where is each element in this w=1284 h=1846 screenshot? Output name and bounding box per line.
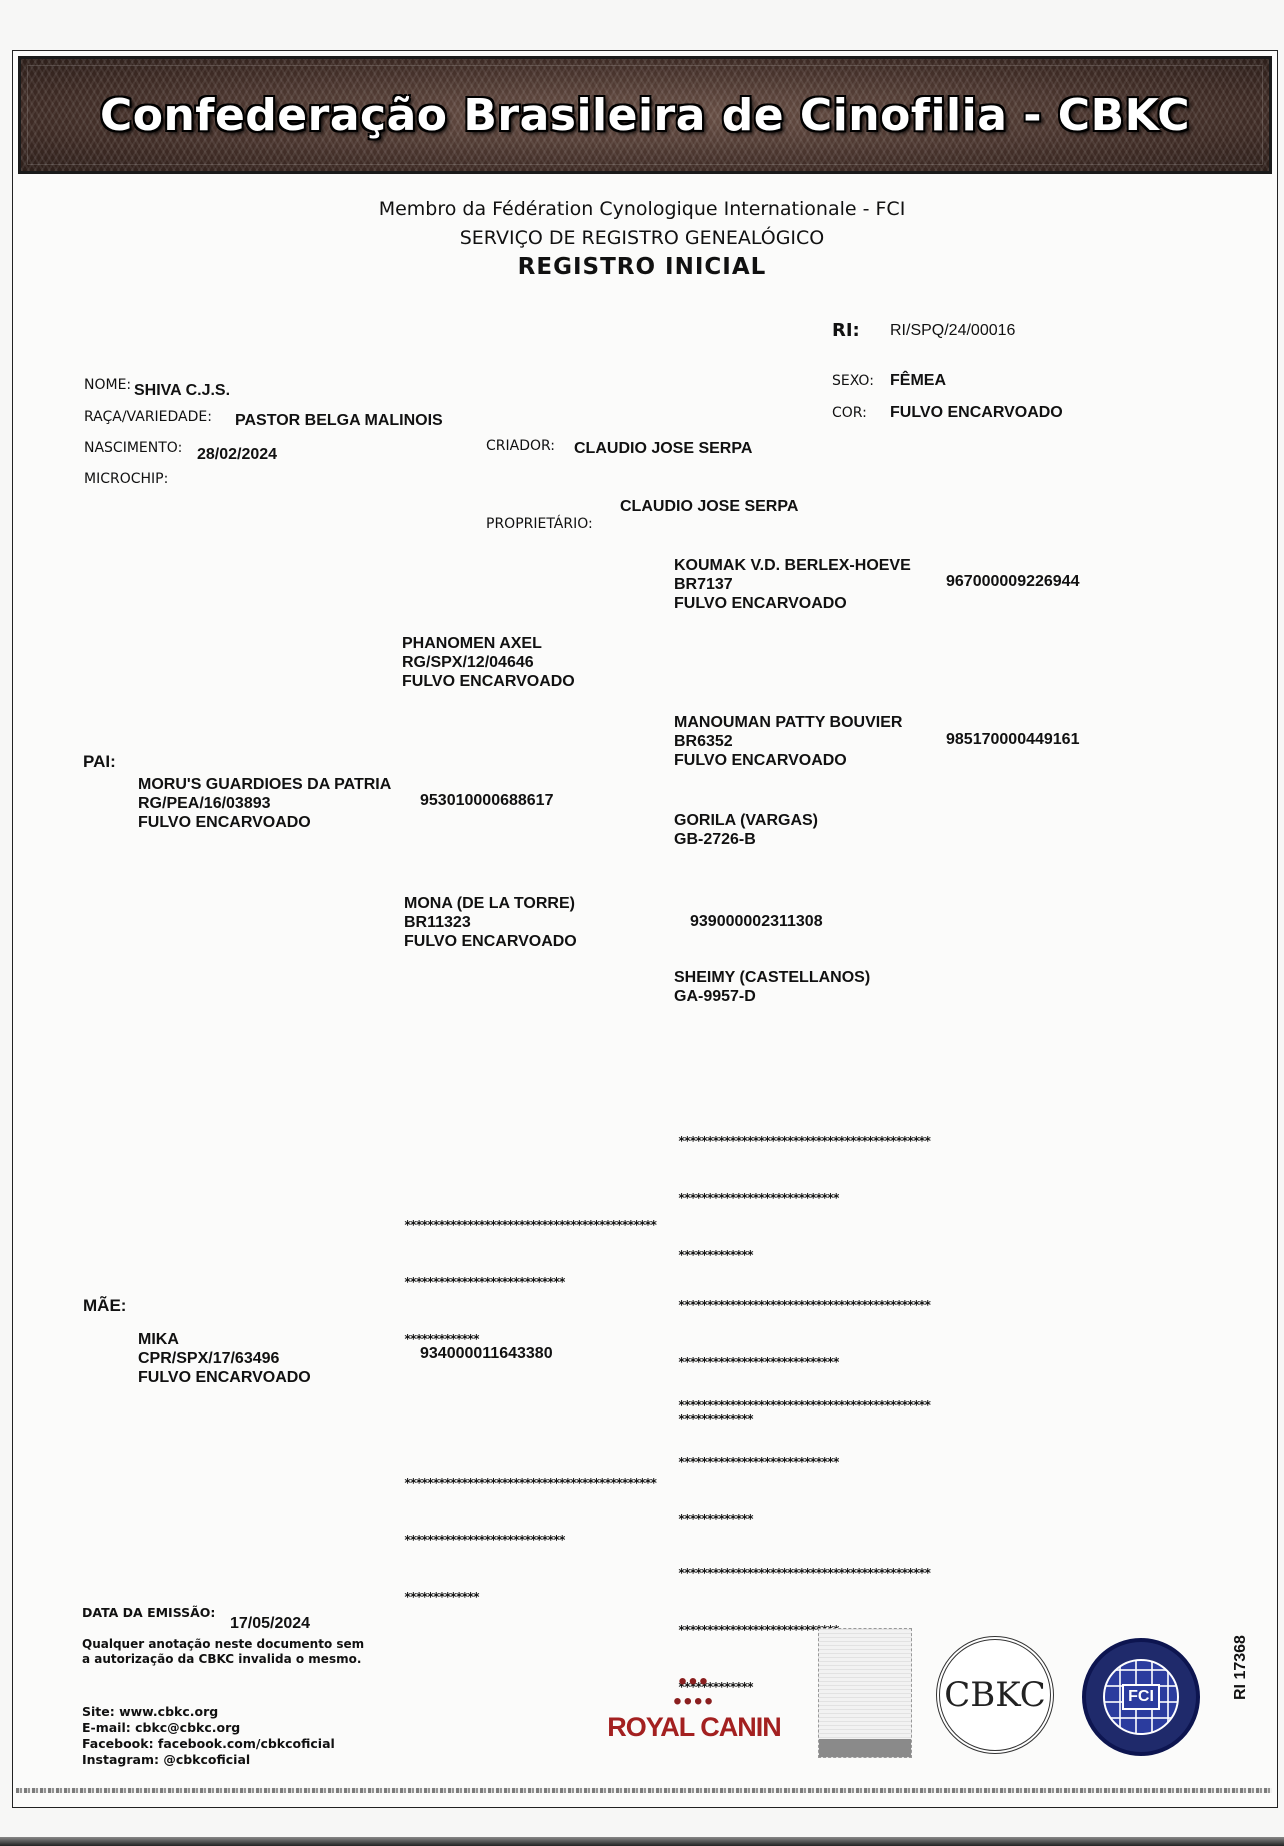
microchip-label: MICROCHIP:	[84, 471, 168, 487]
sire-sire-sire-chip: 967000009226944	[946, 573, 1079, 591]
cbkc-seal-logo: CBKC	[936, 1636, 1054, 1754]
document-title: REGISTRO INICIAL	[0, 254, 1284, 280]
masked-line: ****************************************…	[678, 1396, 930, 1415]
fci-member-line: Membro da Fédération Cynologique Interna…	[0, 198, 1284, 220]
masked-line: ****************************************…	[678, 1564, 930, 1583]
sire-sire-dam-chip: 985170000449161	[946, 731, 1079, 749]
sire-dam-dam: SHEIMY (CASTELLANOS) GA-9957-D	[674, 968, 870, 1006]
ancestor-reg: GB-2726-B	[674, 830, 818, 849]
ancestor-color: FULVO ENCARVOADO	[138, 813, 391, 832]
sire-chip: 953010000688617	[420, 792, 553, 810]
ancestor-name: PHANOMEN AXEL	[402, 634, 575, 653]
sire: MORU'S GUARDIOES DA PATRIA RG/PEA/16/038…	[138, 775, 391, 832]
masked-ancestor: ****************************************…	[404, 1436, 656, 1626]
ancestor-reg: CPR/SPX/17/63496	[138, 1349, 311, 1368]
masked-ancestor: ****************************************…	[678, 1358, 930, 1548]
ancestor-reg: BR7137	[674, 575, 911, 594]
masked-line: ****************************************…	[678, 1296, 930, 1315]
dog-name: SHIVA C.J.S.	[134, 382, 230, 400]
scan-edge	[0, 1837, 1284, 1846]
ancestor-color: FULVO ENCARVOADO	[674, 594, 911, 613]
service-line: SERVIÇO DE REGISTRO GENEALÓGICO	[0, 227, 1284, 249]
security-microtext	[16, 1788, 1272, 1793]
breeder-label: CRIADOR:	[486, 438, 555, 454]
facebook-link[interactable]: Facebook: facebook.com/cbkcoficial	[82, 1736, 335, 1752]
masked-line: ****************************	[678, 1189, 930, 1208]
issue-date-label: DATA DA EMISSÃO:	[82, 1605, 215, 1620]
sire-dam-chip: 939000002311308	[690, 913, 823, 931]
dog-breed: PASTOR BELGA MALINOIS	[235, 412, 443, 430]
ancestor-reg: BR6352	[674, 732, 902, 751]
ancestor-color: FULVO ENCARVOADO	[402, 672, 575, 691]
ancestor-color: FULVO ENCARVOADO	[674, 751, 902, 770]
masked-ancestor: ****************************************…	[404, 1178, 656, 1368]
dog-birth: 28/02/2024	[197, 446, 277, 464]
sire-sire: PHANOMEN AXEL RG/SPX/12/04646 FULVO ENCA…	[402, 634, 575, 691]
sire-dam: MONA (DE LA TORRE) BR11323 FULVO ENCARVO…	[404, 894, 577, 951]
ancestor-name: MIKA	[138, 1330, 311, 1349]
ancestor-name: SHEIMY (CASTELLANOS)	[674, 968, 870, 987]
ri-value: RI/SPQ/24/00016	[890, 322, 1015, 340]
dam-label: MÃE:	[83, 1296, 126, 1316]
dog-sex: FÊMEA	[890, 372, 946, 390]
hologram-seal	[818, 1628, 912, 1758]
sex-label: SEXO:	[832, 373, 874, 389]
breed-label: RAÇA/VARIEDADE:	[84, 409, 212, 425]
fci-seal-logo: FCI	[1082, 1638, 1200, 1756]
color-label: COR:	[832, 405, 867, 421]
masked-ancestor: ****************************************…	[678, 1094, 930, 1284]
ancestor-reg: GA-9957-D	[674, 987, 870, 1006]
organization-title: Confederação Brasileira de Cinofilia - C…	[100, 90, 1190, 141]
ri-serial-number: RI 17368	[1232, 1635, 1250, 1700]
instagram-link[interactable]: Instagram: @cbkcoficial	[82, 1752, 335, 1768]
masked-line: *************	[404, 1588, 656, 1607]
ancestor-color: FULVO ENCARVOADO	[138, 1368, 311, 1387]
masked-line: ****************************	[678, 1453, 930, 1472]
masked-line: ****************************	[404, 1531, 656, 1550]
name-label: NOME:	[84, 377, 131, 393]
masked-line: ****************************************…	[678, 1132, 930, 1151]
header-banner: Confederação Brasileira de Cinofilia - C…	[18, 56, 1272, 174]
crown-icon: •••••••	[604, 1672, 784, 1712]
ancestor-name: GORILA (VARGAS)	[674, 811, 818, 830]
ancestor-color: FULVO ENCARVOADO	[404, 932, 577, 951]
royal-canin-logo: ••••••• ROYAL CANIN	[604, 1672, 784, 1743]
note-line: Qualquer anotação neste documento sem	[82, 1637, 364, 1652]
contact-info: Site: www.cbkc.org E-mail: cbkc@cbkc.org…	[82, 1704, 335, 1768]
globe-icon: FCI	[1103, 1659, 1179, 1735]
ri-label: RI:	[832, 320, 860, 341]
ancestor-name: KOUMAK V.D. BERLEX-HOEVE	[674, 556, 911, 575]
sire-sire-dam: MANOUMAN PATTY BOUVIER BR6352 FULVO ENCA…	[674, 713, 902, 770]
owner-label: PROPRIETÁRIO:	[486, 516, 593, 532]
email-link[interactable]: E-mail: cbkc@cbkc.org	[82, 1720, 335, 1736]
ancestor-name: MONA (DE LA TORRE)	[404, 894, 577, 913]
ancestor-reg: RG/PEA/16/03893	[138, 794, 391, 813]
dam-chip: 934000011643380	[420, 1345, 553, 1363]
ancestor-reg: BR11323	[404, 913, 577, 932]
masked-line: ****************************************…	[404, 1474, 656, 1493]
dam: MIKA CPR/SPX/17/63496 FULVO ENCARVOADO	[138, 1330, 311, 1387]
issue-date: 17/05/2024	[230, 1615, 310, 1633]
royal-canin-text: ROYAL CANIN	[604, 1712, 784, 1743]
sire-sire-sire: KOUMAK V.D. BERLEX-HOEVE BR7137 FULVO EN…	[674, 556, 911, 613]
ancestor-reg: RG/SPX/12/04646	[402, 653, 575, 672]
validity-note: Qualquer anotação neste documento sem a …	[82, 1637, 364, 1667]
masked-line: ****************************	[404, 1273, 656, 1292]
cbkc-monogram: CBKC	[944, 1675, 1046, 1715]
sire-dam-sire: GORILA (VARGAS) GB-2726-B	[674, 811, 818, 849]
birth-label: NASCIMENTO:	[84, 440, 182, 456]
site-link[interactable]: Site: www.cbkc.org	[82, 1704, 335, 1720]
note-line: a autorização da CBKC invalida o mesmo.	[82, 1652, 364, 1667]
dog-color: FULVO ENCARVOADO	[890, 404, 1063, 422]
masked-line: ****************************************…	[404, 1216, 656, 1235]
ancestor-name: MANOUMAN PATTY BOUVIER	[674, 713, 902, 732]
dog-breeder: CLAUDIO JOSE SERPA	[574, 440, 752, 458]
fci-text: FCI	[1122, 1684, 1160, 1710]
sire-label: PAI:	[83, 752, 116, 772]
dog-owner: CLAUDIO JOSE SERPA	[620, 498, 798, 516]
ancestor-name: MORU'S GUARDIOES DA PATRIA	[138, 775, 391, 794]
